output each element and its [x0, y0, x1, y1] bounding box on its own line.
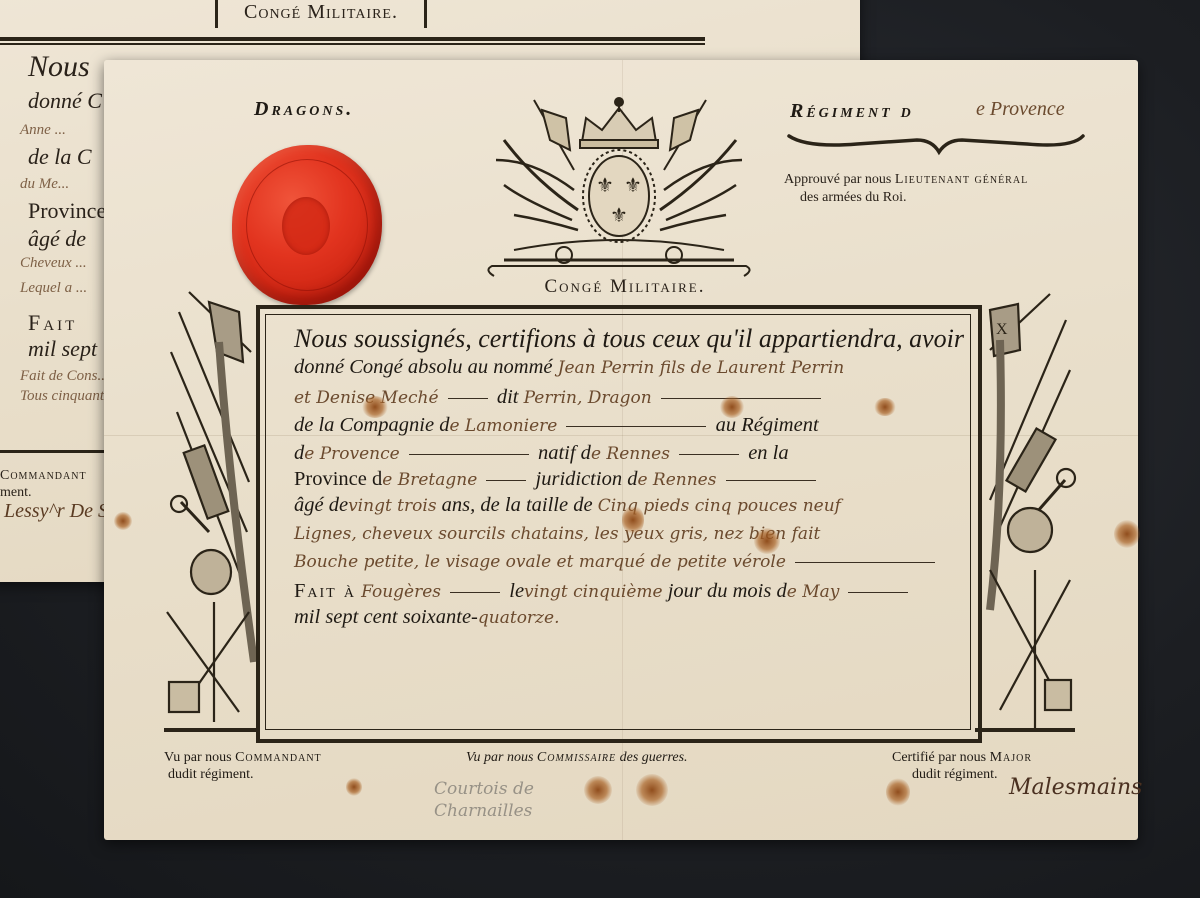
back-hand-line: Anne ... [20, 122, 66, 139]
back-footer-regiment: ment. [0, 485, 32, 501]
description-field-1: Lignes, cheveux sourcils chatains, les y… [294, 524, 820, 544]
back-hand-line: Lequel a ... [20, 280, 87, 297]
back-line-province: Province [28, 198, 106, 224]
military-trophy-left-icon [159, 282, 264, 740]
back-hand-line: du Me... [20, 176, 69, 193]
pencil-annotation: Courtois de Charnailles [434, 778, 534, 822]
nickname-field: Perrin, Dragon [524, 388, 652, 408]
footer-commissaire: Vu par nous Commissaire des guerres. [466, 750, 688, 766]
province-field: e Bretagne [382, 470, 477, 490]
year-field: quatorze. [478, 608, 560, 628]
back-footer-commandant: Commandant [0, 468, 87, 484]
footer-commandant-line2: dudit régiment. [168, 767, 254, 783]
body-line-1: Nous soussignés, certifions à tous ceux … [294, 324, 964, 354]
back-line-fait: Fait [28, 310, 77, 336]
body-line-6: Province de Bretagne juridiction de Renn… [294, 468, 820, 491]
front-document: Dragons. Régiment d e Provence Approuvé … [104, 60, 1138, 840]
back-line-mil-sept: mil sept [28, 336, 97, 362]
body-line-7: âgé devingt trois ans, de la taille de C… [294, 494, 841, 517]
stain [874, 398, 896, 416]
stain [754, 528, 780, 554]
month-field: e May [787, 582, 840, 602]
age-field: vingt trois [348, 496, 436, 516]
stain [622, 505, 644, 535]
body-line-5: de Provence natif de Rennes en la [294, 442, 789, 465]
regiment-field: e Provence [304, 444, 399, 464]
red-wax-seal [232, 145, 382, 305]
approval-line-2: des armées du Roi. [800, 190, 907, 206]
description-field-2: Bouche petite, le visage ovale et marqué… [294, 552, 786, 572]
svg-text:⚜: ⚜ [624, 175, 642, 197]
back-line-donne: donné C [28, 88, 102, 114]
footer-commandant: Vu par nous Commandant [164, 750, 322, 766]
body-line-8: Lignes, cheveux sourcils chatains, les y… [294, 522, 820, 545]
body-line-2: donné Congé absolu au nommé Jean Perrin … [294, 356, 844, 379]
approval-line-1: Approuvé par nous Lieutenant général [784, 172, 1028, 188]
svg-text:X: X [996, 321, 1008, 338]
back-document-title: Congé Militaire. [215, 0, 427, 28]
footer-major: Certifié par nous Major [892, 750, 1032, 766]
footer-major-line2: dudit régiment. [912, 767, 998, 783]
stain [886, 778, 910, 806]
body-line-9: Bouche petite, le visage ovale et marqué… [294, 550, 939, 573]
crest-title-banner: Congé Militaire. [494, 274, 756, 300]
stain [720, 396, 744, 418]
day-field: vingt cinquième [524, 582, 663, 602]
back-hand-line: Cheveux ... [20, 255, 87, 272]
back-hand-line: Fait de Cons... [20, 368, 109, 385]
back-footer-signature: Lessy^r De S. [4, 500, 113, 523]
company-field: e Lamoniere [449, 416, 557, 436]
back-line-age: âgé de [28, 226, 86, 252]
place-signed-field: Fougères [361, 582, 441, 602]
royal-crest-icon: ⚜ ⚜ ⚜ [474, 90, 764, 290]
back-line-nous: Nous [28, 50, 90, 84]
svg-text:⚜: ⚜ [596, 175, 614, 197]
back-document-rule-thin [0, 43, 705, 45]
regiment-name-handwritten: e Provence [976, 98, 1065, 121]
stain [584, 776, 612, 804]
flourish-ornament [787, 132, 1087, 158]
jurisdiction-field: e Rennes [637, 470, 716, 490]
major-signature: Malesmains [1009, 775, 1142, 800]
regiment-label: Régiment d [790, 100, 914, 123]
stain [346, 778, 362, 796]
back-line-compagnie: de la C [28, 144, 92, 170]
corps-label: Dragons. [254, 98, 354, 121]
body-line-10: Fait à Fougères levingt cinquième jour d… [294, 580, 912, 603]
stain [114, 512, 132, 530]
svg-text:⚜: ⚜ [610, 205, 628, 227]
birthplace-field: e Rennes [591, 444, 670, 464]
stain [362, 396, 388, 418]
back-document-rule [0, 37, 705, 41]
military-trophy-right-icon: X [970, 290, 1080, 740]
soldier-name-field: Jean Perrin fils de Laurent Perrin [558, 358, 845, 378]
seal-emblem [282, 197, 330, 255]
stain [1114, 520, 1140, 548]
body-line-11: mil sept cent soixante-quatorze. [294, 606, 559, 629]
stain [636, 774, 668, 806]
